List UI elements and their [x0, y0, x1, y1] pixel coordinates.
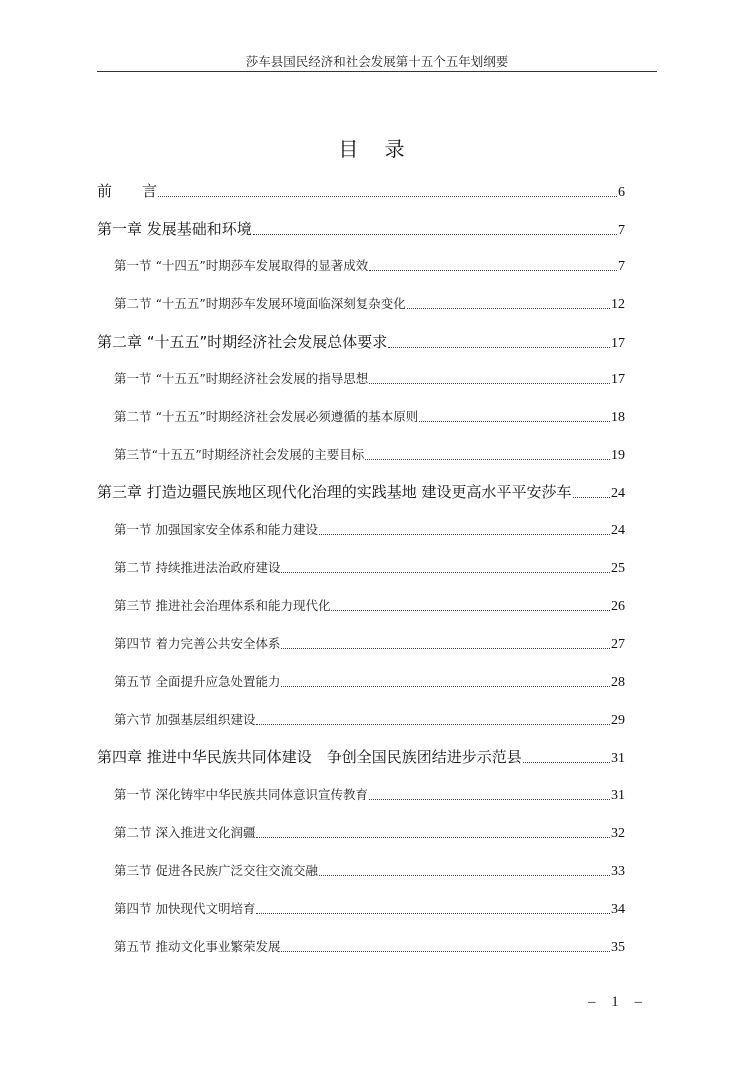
- toc-entry-title: 第三节 促进各民族广泛交往交流交融: [114, 861, 318, 879]
- dot-leader: [365, 458, 610, 460]
- toc-entry-title: 第一节 加强国家安全体系和能力建设: [114, 520, 318, 538]
- toc-chapter-entry[interactable]: 第一章 发展基础和环境7: [97, 218, 625, 239]
- toc-entry-page: 7: [618, 223, 625, 239]
- toc-entry-title: 第四节 加快现代文明培育: [114, 899, 255, 917]
- toc-section-entry[interactable]: 第一节 加强国家安全体系和能力建设24: [97, 520, 625, 539]
- toc-section-entry[interactable]: 第一节 “十五五”时期经济社会发展的指导思想17: [97, 369, 625, 388]
- toc-entry-page: 28: [611, 675, 625, 691]
- toc-entry-title: 第二节 “十五五”时期经济社会发展必须遵循的基本原则: [114, 407, 418, 425]
- toc-section-entry[interactable]: 第五节 全面提升应急处置能力28: [97, 672, 625, 691]
- toc-entry-page: 25: [611, 561, 625, 577]
- toc-entry-title: 第五节 推动文化事业繁荣发展: [114, 937, 280, 955]
- toc-entry-page: 18: [611, 410, 625, 426]
- dot-leader: [369, 382, 610, 384]
- dot-leader: [281, 950, 610, 952]
- dot-leader: [523, 761, 610, 763]
- toc-section-entry[interactable]: 第四节 着力完善公共安全体系27: [97, 634, 625, 653]
- toc-entry-page: 24: [611, 486, 625, 502]
- toc-entry-title: 第三节“十五五”时期经济社会发展的主要目标: [114, 445, 364, 463]
- toc-entry-title: 第二节 持续推进法治政府建设: [114, 558, 280, 576]
- toc-entry-page: 31: [611, 788, 625, 804]
- toc-chapter-entry[interactable]: 第四章 推进中华民族共同体建设 争创全国民族团结进步示范县31: [97, 746, 625, 767]
- running-header: 莎车县国民经济和社会发展第十五个五年划纲要: [97, 52, 657, 70]
- dot-leader: [256, 836, 610, 838]
- toc-entry-page: 35: [611, 940, 625, 956]
- toc-entry-page: 32: [611, 826, 625, 842]
- toc-entry-title: 第一章 发展基础和环境: [97, 218, 252, 239]
- toc-entry-title: 第一节 “十五五”时期经济社会发展的指导思想: [114, 369, 368, 387]
- toc-entry-page: 12: [611, 297, 625, 313]
- toc-entry-title: 第三节 推进社会治理体系和能力现代化: [114, 596, 330, 614]
- toc-entry-title: 第四节 着力完善公共安全体系: [114, 634, 280, 652]
- dot-leader: [319, 874, 610, 876]
- dot-leader: [256, 723, 610, 725]
- toc-section-entry[interactable]: 第一节 “十四五”时期莎车发展取得的显著成效7: [97, 256, 625, 275]
- toc-entry-page: 26: [611, 599, 625, 615]
- toc-section-entry[interactable]: 第三节 推进社会治理体系和能力现代化26: [97, 596, 625, 615]
- toc-entry-title: 第二节 深入推进文化润疆: [114, 823, 255, 841]
- dot-leader: [256, 912, 610, 914]
- dot-leader: [281, 685, 610, 687]
- toc-entry-page: 33: [611, 864, 625, 880]
- toc-section-entry[interactable]: 第六节 加强基层组织建设29: [97, 710, 625, 729]
- toc-entry-title: 第六节 加强基层组织建设: [114, 710, 255, 728]
- toc-section-entry[interactable]: 第二节 深入推进文化润疆32: [97, 823, 625, 842]
- toc-entry-page: 6: [618, 185, 625, 201]
- dot-leader: [253, 233, 617, 235]
- toc-section-entry[interactable]: 第五节 推动文化事业繁荣发展35: [97, 937, 625, 956]
- page-number: – 1 –: [588, 994, 648, 1011]
- toc-entry-title: 前 言: [97, 180, 157, 201]
- dot-leader: [573, 496, 610, 498]
- toc-entry-page: 24: [611, 523, 625, 539]
- toc-chapter-entry[interactable]: 第二章 “十五五”时期经济社会发展总体要求17: [97, 331, 625, 352]
- toc-entry-title: 第一节 “十四五”时期莎车发展取得的显著成效: [114, 256, 368, 274]
- dot-leader: [407, 307, 610, 309]
- toc-entry-title: 第五节 全面提升应急处置能力: [114, 672, 280, 690]
- toc-entry-title: 第二章 “十五五”时期经济社会发展总体要求: [97, 331, 387, 352]
- toc-entry-page: 34: [611, 902, 625, 918]
- toc-entry-title: 第三章 打造边疆民族地区现代化治理的实践基地 建设更高水平平安莎车: [97, 481, 572, 502]
- toc-entry-page: 19: [611, 448, 625, 464]
- toc-section-entry[interactable]: 第一节 深化铸牢中华民族共同体意识宣传教育31: [97, 785, 625, 804]
- toc-section-entry[interactable]: 第二节 持续推进法治政府建设25: [97, 558, 625, 577]
- toc-entry-page: 7: [618, 259, 625, 275]
- toc-entry-title: 第四章 推进中华民族共同体建设 争创全国民族团结进步示范县: [97, 746, 522, 767]
- toc-entry-page: 17: [611, 372, 625, 388]
- dot-leader: [281, 571, 610, 573]
- toc-entry-page: 17: [611, 336, 625, 352]
- dot-leader: [369, 269, 617, 271]
- toc-entry-page: 27: [611, 637, 625, 653]
- toc-section-entry[interactable]: 第三节“十五五”时期经济社会发展的主要目标19: [97, 445, 625, 464]
- dot-leader: [158, 195, 617, 197]
- toc-entry-title: 第一节 深化铸牢中华民族共同体意识宣传教育: [114, 785, 368, 803]
- dot-leader: [331, 609, 610, 611]
- toc-entry-page: 31: [611, 751, 625, 767]
- toc-chapter-entry[interactable]: 第三章 打造边疆民族地区现代化治理的实践基地 建设更高水平平安莎车24: [97, 481, 625, 502]
- toc-section-entry[interactable]: 第二节 “十五五”时期经济社会发展必须遵循的基本原则18: [97, 407, 625, 426]
- dot-leader: [388, 346, 610, 348]
- header-divider: [97, 71, 657, 72]
- toc-chapter-entry[interactable]: 前 言6: [97, 180, 625, 201]
- toc-title: 目 录: [0, 133, 753, 162]
- dot-leader: [369, 798, 610, 800]
- dot-leader: [319, 533, 610, 535]
- toc-section-entry[interactable]: 第三节 促进各民族广泛交往交流交融33: [97, 861, 625, 880]
- toc-section-entry[interactable]: 第二节 “十五五”时期莎车发展环境面临深刻复杂变化12: [97, 294, 625, 313]
- toc-entry-title: 第二节 “十五五”时期莎车发展环境面临深刻复杂变化: [114, 294, 406, 312]
- toc-section-entry[interactable]: 第四节 加快现代文明培育34: [97, 899, 625, 918]
- dot-leader: [419, 420, 610, 422]
- toc-entry-page: 29: [611, 713, 625, 729]
- dot-leader: [281, 647, 610, 649]
